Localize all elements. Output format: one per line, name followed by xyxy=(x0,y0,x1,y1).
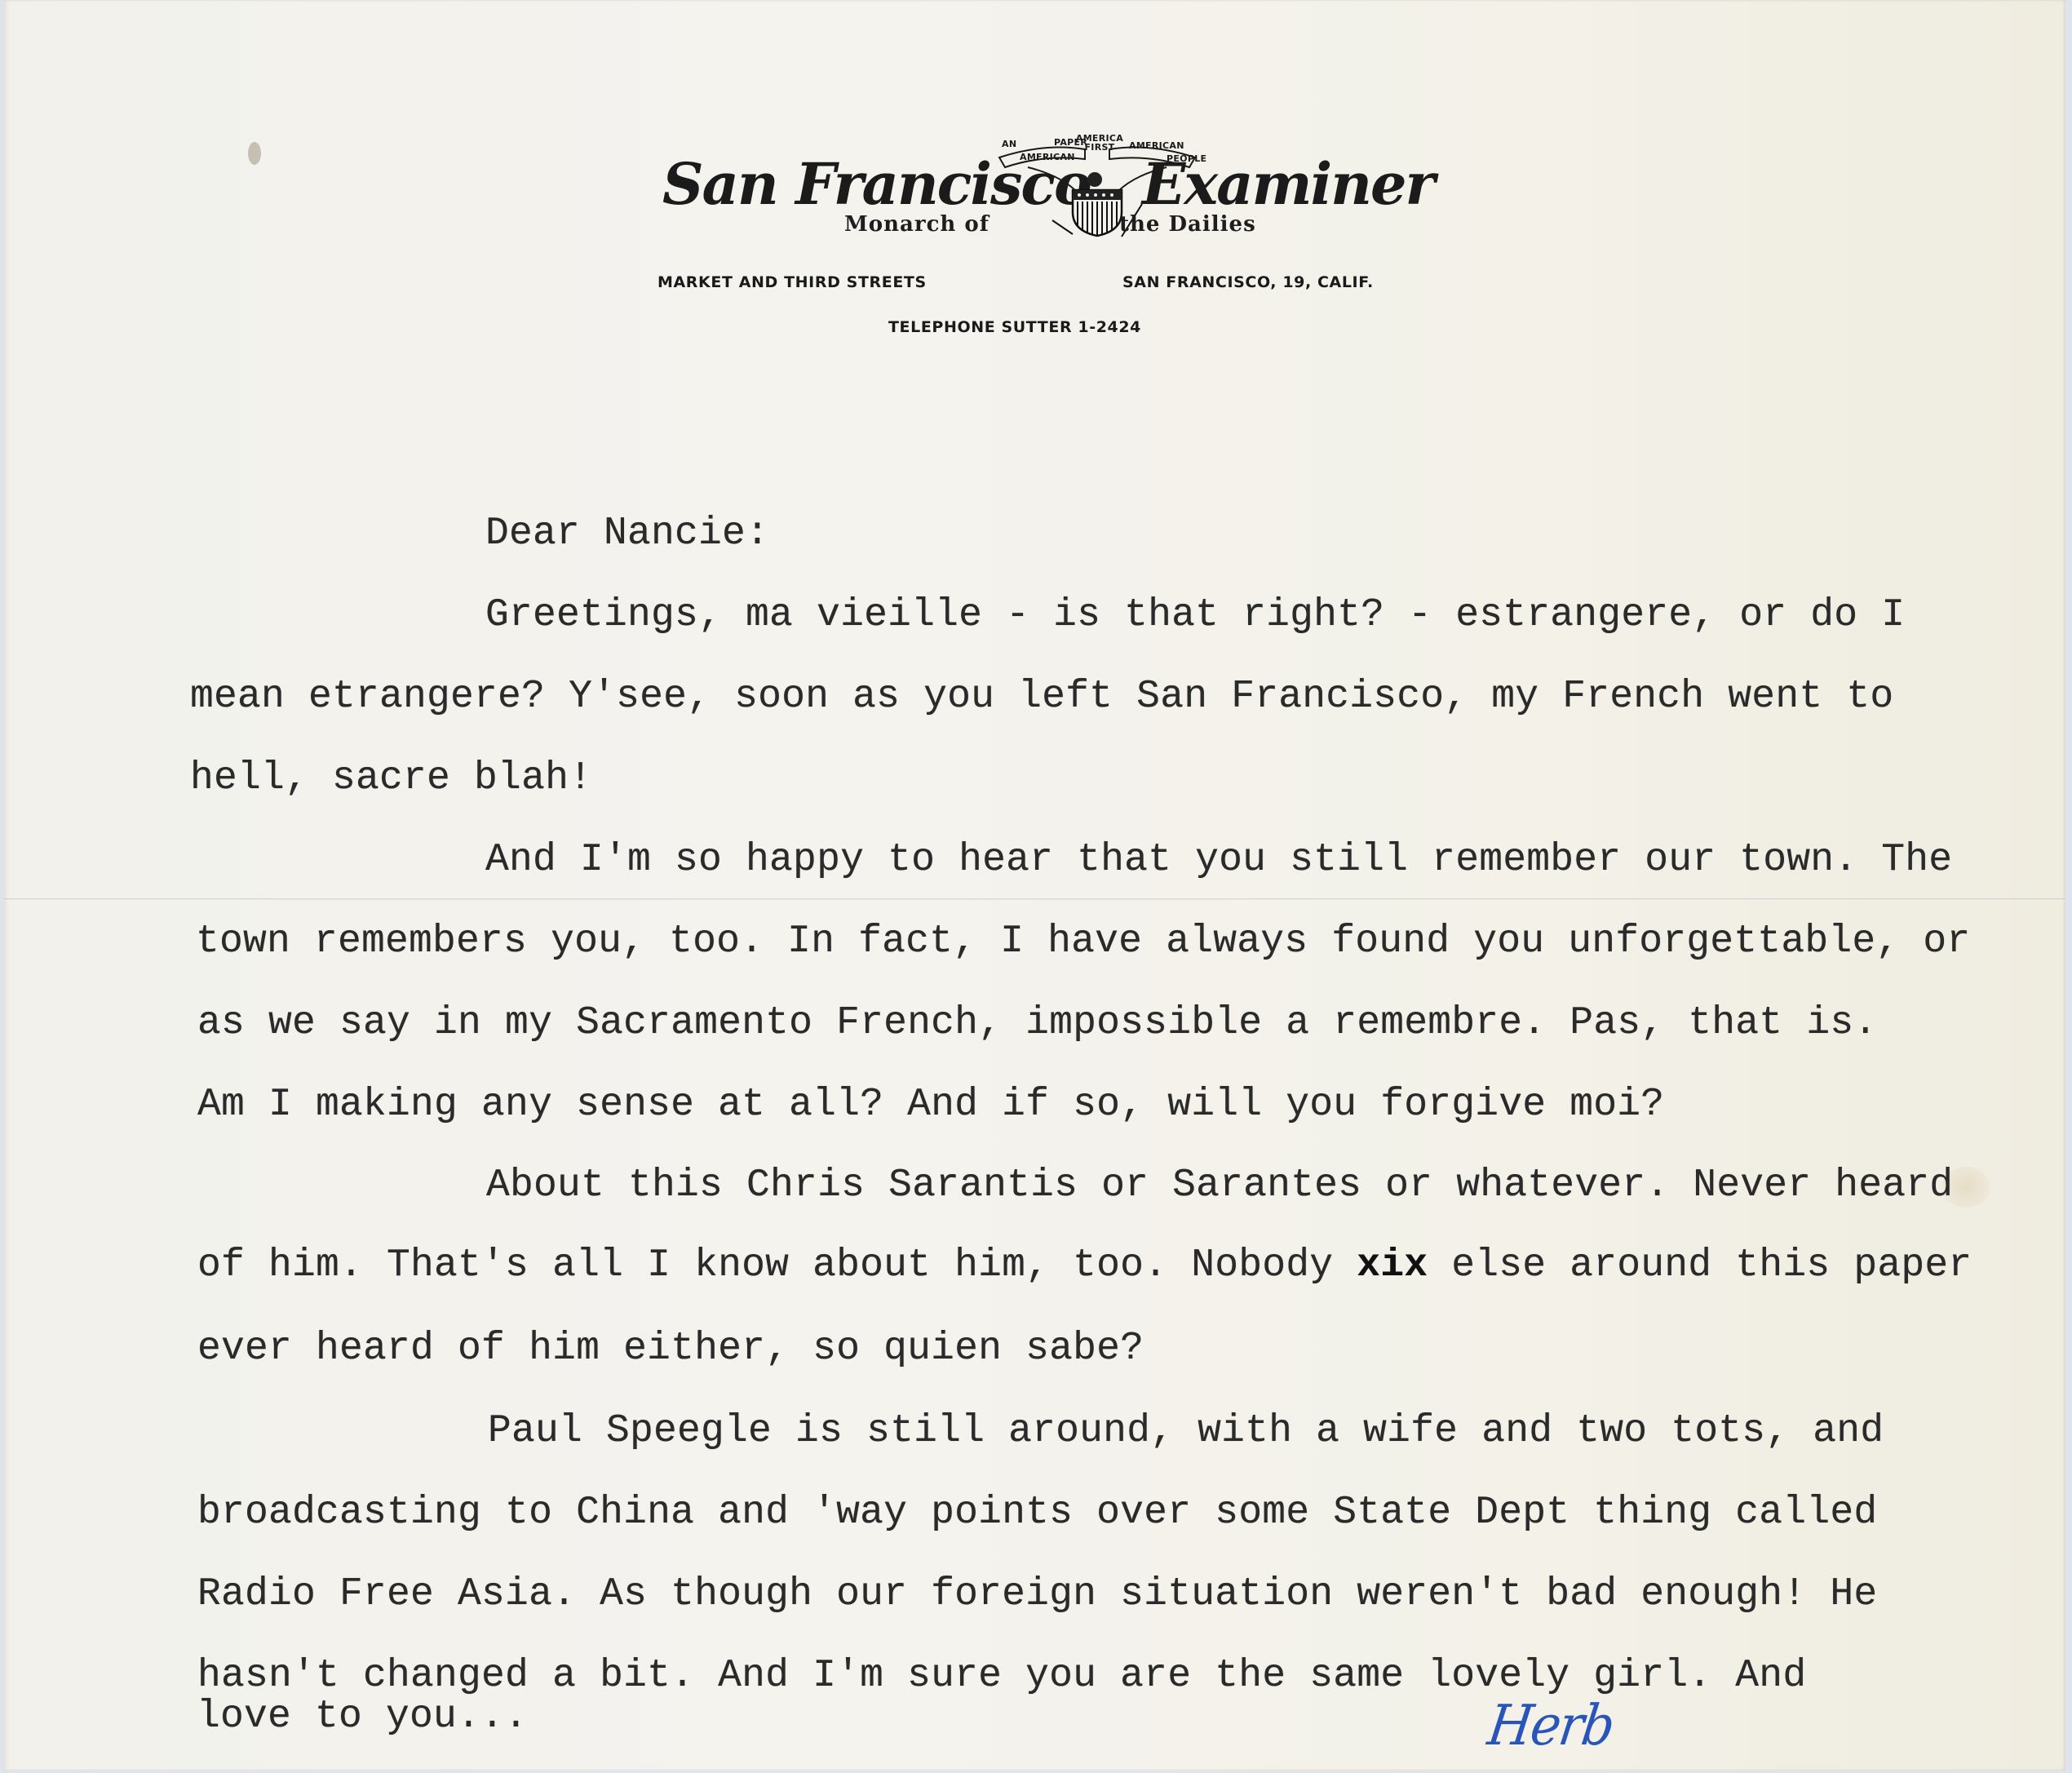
handwritten-signature: Herb xyxy=(1484,1692,1617,1757)
letterhead-address-city: SAN FRANCISCO, 19, CALIF. xyxy=(1122,273,1374,291)
body-line: Am I making any sense at all? And if so,… xyxy=(197,1085,1664,1124)
body-line: Paul Speegle is still around, with a wif… xyxy=(488,1412,1884,1451)
body-line: as we say in my Sacramento French, impos… xyxy=(197,1004,1877,1043)
body-line: ever heard of him either, so quien sabe? xyxy=(197,1329,1144,1368)
paper-stain-spot xyxy=(248,142,261,165)
body-line: town remembers you, too. In fact, I have… xyxy=(196,922,1970,961)
banner-text-an: AN xyxy=(1002,139,1016,149)
banner-text-american: AMERICAN xyxy=(1020,152,1075,162)
letterhead-telephone: TELEPHONE SUTTER 1-2424 xyxy=(888,318,1141,336)
banner-text-people: PEOPLE xyxy=(1167,153,1206,164)
closing-line: love to you... xyxy=(197,1697,528,1736)
letterhead-motto-left: Monarch of xyxy=(844,212,990,237)
banner-text-american-2: AMERICAN xyxy=(1129,140,1184,151)
letterhead-address-street: MARKET AND THIRD STREETS xyxy=(657,273,927,291)
body-line: Greetings, ma vieille - is that right? -… xyxy=(485,596,1905,635)
body-line: hasn't changed a bit. And I'm sure you a… xyxy=(197,1656,1806,1695)
banner-text-america-first: AMERICA FIRST xyxy=(1075,134,1124,152)
body-line: of him. That's all I know about him, too… xyxy=(197,1246,1972,1285)
letterhead-motto-right: the Dailies xyxy=(1119,212,1256,237)
salutation: Dear Nancie: xyxy=(485,514,769,553)
body-line: And I'm so happy to hear that you still … xyxy=(485,840,1952,880)
body-line-part: else around this paper xyxy=(1428,1243,1972,1288)
paper-fold-crease xyxy=(3,898,2065,901)
body-line: About this Chris Sarantis or Sarantes or… xyxy=(486,1166,1953,1205)
struck-out-typing: xix xyxy=(1357,1243,1428,1288)
body-line: hell, sacre blah! xyxy=(190,759,592,798)
body-line-part: of him. That's all I know about him, too… xyxy=(197,1243,1357,1288)
body-line: Radio Free Asia. As though our foreign s… xyxy=(197,1575,1877,1614)
body-line: broadcasting to China and 'way points ov… xyxy=(197,1493,1877,1532)
body-line: mean etrangere? Y'see, soon as you left … xyxy=(190,677,1893,716)
